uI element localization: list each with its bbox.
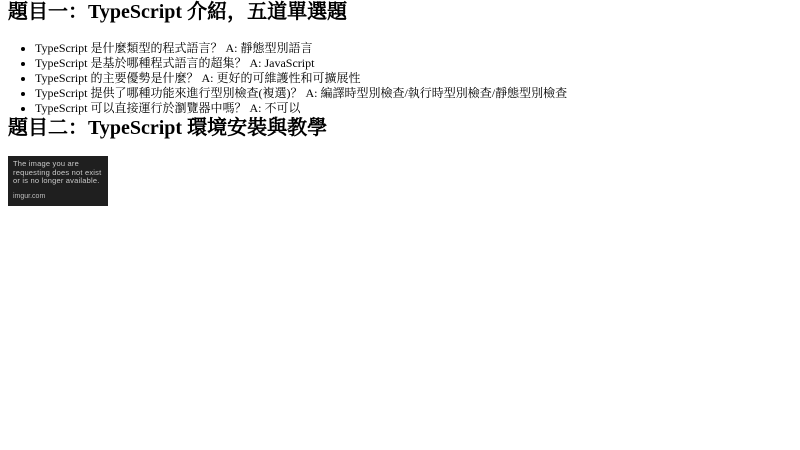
section-1-title: 題目一：TypeScript 介紹，五道單選題 (8, 0, 800, 24)
broken-image-source-label: imgur.com (13, 193, 104, 201)
quiz-question-item: TypeScript 是什麼類型的程式語言？ A: 靜態型別語言 (35, 41, 800, 56)
document-page: 題目一：TypeScript 介紹，五道單選題 TypeScript 是什麼類型… (0, 0, 800, 450)
broken-image-message: The image you are requesting does not ex… (13, 160, 104, 186)
quiz-question-item: TypeScript 提供了哪種功能來進行型別檢查(複選)？ A: 編譯時型別檢… (35, 86, 800, 101)
broken-image-placeholder: The image you are requesting does not ex… (8, 156, 108, 206)
section-2-title: 題目二：TypeScript 環境安裝與教學 (8, 116, 800, 140)
quiz-question-item: TypeScript 的主要優勢是什麼？ A: 更好的可維護性和可擴展性 (35, 71, 800, 86)
quiz-question-list: TypeScript 是什麼類型的程式語言？ A: 靜態型別語言 TypeScr… (8, 41, 800, 116)
broken-image-message-line: or is no longer available. (13, 177, 104, 186)
quiz-question-item: TypeScript 可以直接運行於瀏覽器中嗎？ A: 不可以 (35, 101, 800, 116)
quiz-question-item: TypeScript 是基於哪種程式語言的超集？ A: JavaScript (35, 56, 800, 71)
